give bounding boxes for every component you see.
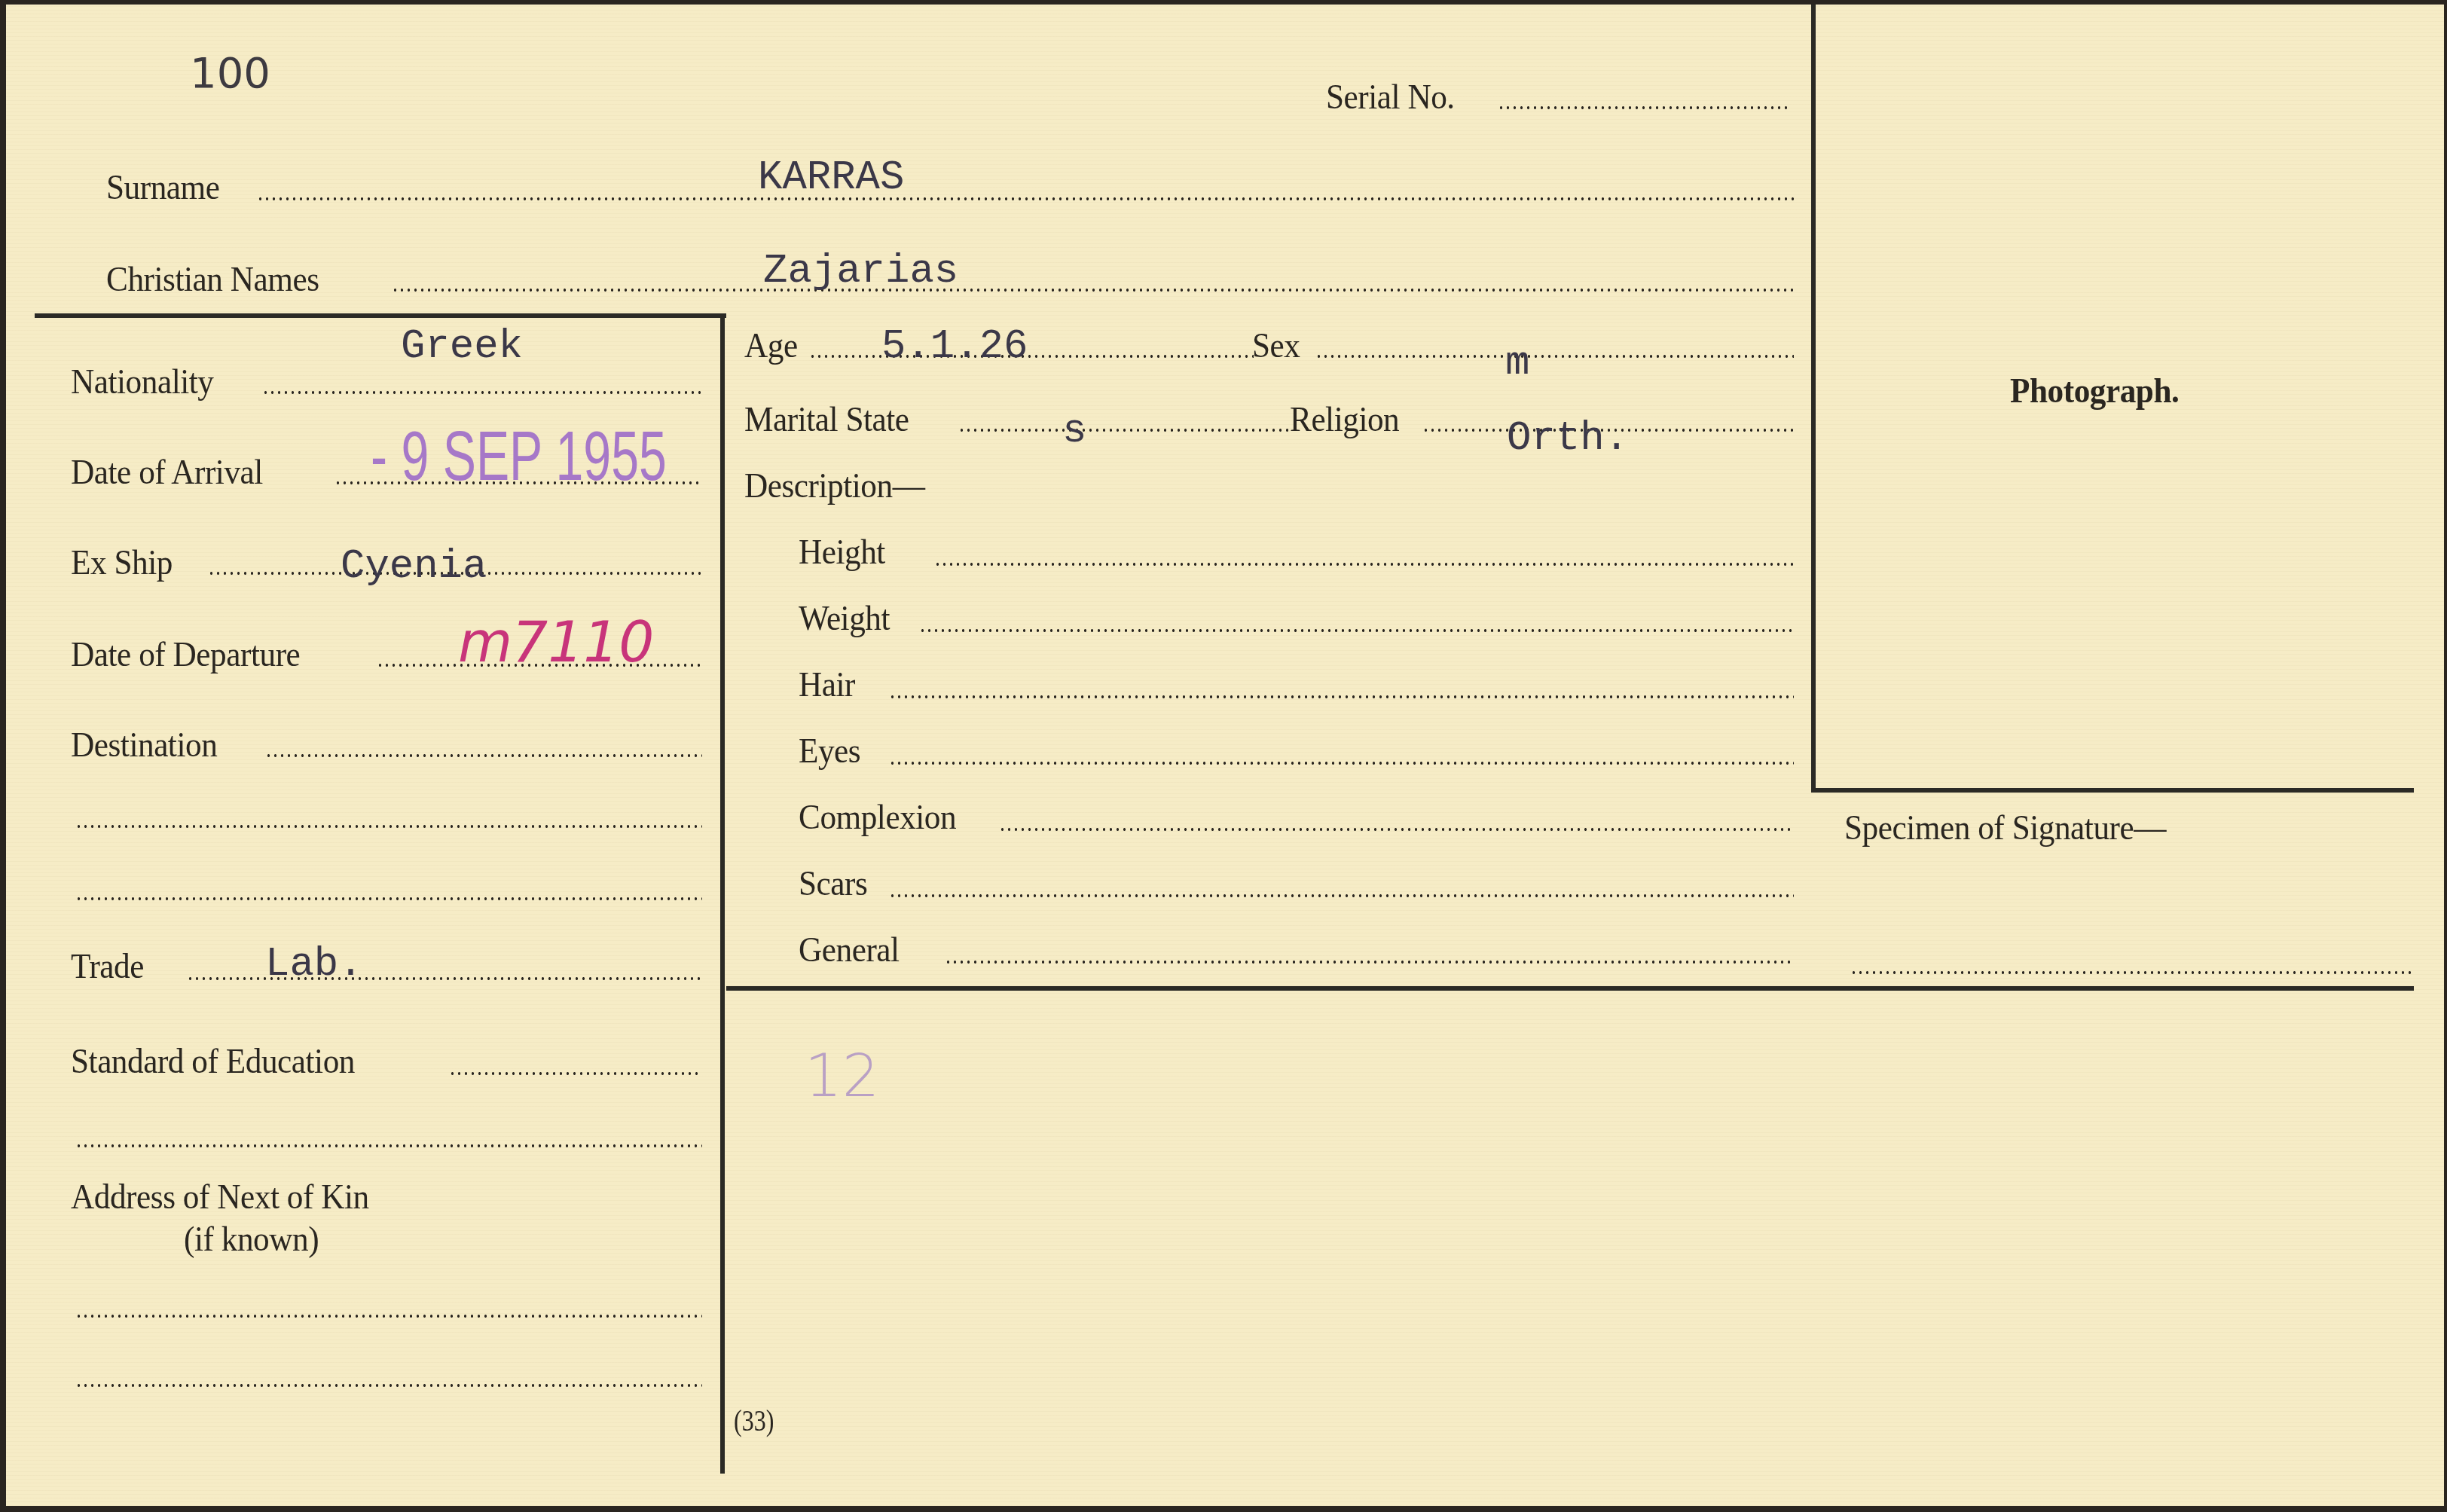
kin-sublabel: (if known) xyxy=(184,1222,319,1257)
christian-names-field[interactable] xyxy=(392,288,1794,292)
destination-field-line-3[interactable] xyxy=(75,897,702,901)
departure-label: Date of Departure xyxy=(71,637,300,673)
hair-field[interactable] xyxy=(889,695,1794,699)
signature-label: Specimen of Signature— xyxy=(1844,811,2166,846)
surname-field[interactable] xyxy=(257,197,1794,201)
age-value: 5.1.26 xyxy=(881,327,1028,368)
destination-field-line-2[interactable] xyxy=(75,824,702,829)
age-label: Age xyxy=(744,328,798,364)
vertical-divider xyxy=(720,313,725,1474)
photo-box-bottom-rule xyxy=(1811,788,2414,793)
arrival-stamp: - 9 SEP 1955 xyxy=(371,422,667,491)
nationality-label: Nationality xyxy=(71,365,213,400)
surname-label: Surname xyxy=(106,170,219,206)
eyes-label: Eyes xyxy=(799,734,860,769)
kin-field-line-1[interactable] xyxy=(75,1314,702,1318)
complexion-label: Complexion xyxy=(799,800,956,835)
nationality-field[interactable] xyxy=(262,390,702,395)
photo-box-left-rule xyxy=(1811,5,1816,791)
hair-label: Hair xyxy=(799,667,855,703)
general-field[interactable] xyxy=(945,960,1794,964)
form-number: (33) xyxy=(734,1403,774,1438)
weight-label: Weight xyxy=(799,601,890,637)
ship-label: Ex Ship xyxy=(71,545,173,581)
weight-field[interactable] xyxy=(919,628,1794,633)
christian-names-label: Christian Names xyxy=(106,262,319,298)
general-label: General xyxy=(799,933,900,968)
description-label: Description— xyxy=(744,469,924,504)
corner-number: 100 xyxy=(190,53,270,95)
registration-card: 100 Serial No. Surname KARRAS Christian … xyxy=(6,5,2444,1506)
christian-names-value: Zajarias xyxy=(763,252,958,292)
sex-value: m xyxy=(1505,344,1529,384)
trade-field[interactable] xyxy=(187,976,702,981)
signature-field[interactable] xyxy=(1850,970,2414,975)
photo-placeholder xyxy=(1829,12,2409,780)
marital-label: Marital State xyxy=(744,402,909,438)
ship-value: Cyenia xyxy=(341,547,487,588)
arrival-label: Date of Arrival xyxy=(71,455,263,490)
eyes-field[interactable] xyxy=(889,761,1794,765)
surname-value: KARRAS xyxy=(758,158,904,199)
left-box-top-rule xyxy=(35,313,726,318)
departure-handwriting: m7110 xyxy=(458,615,654,670)
education-field-line-2[interactable] xyxy=(75,1144,702,1148)
religion-value: Orth. xyxy=(1507,419,1629,460)
kin-label: Address of Next of Kin xyxy=(71,1180,369,1215)
education-label: Standard of Education xyxy=(71,1044,355,1080)
trade-value: Lab. xyxy=(265,945,363,985)
sex-label: Sex xyxy=(1252,328,1300,364)
serial-field[interactable] xyxy=(1498,105,1792,110)
height-field[interactable] xyxy=(934,562,1794,567)
education-field[interactable] xyxy=(449,1071,698,1076)
middle-horizontal-rule xyxy=(726,986,2414,991)
serial-label: Serial No. xyxy=(1326,80,1455,115)
complexion-field[interactable] xyxy=(999,827,1794,832)
nationality-value: Greek xyxy=(401,327,523,368)
marital-field[interactable] xyxy=(958,428,1290,432)
age-field[interactable] xyxy=(809,354,1254,359)
scars-field[interactable] xyxy=(889,893,1794,898)
destination-label: Destination xyxy=(71,728,217,763)
sex-field[interactable] xyxy=(1315,354,1794,359)
religion-label: Religion xyxy=(1290,402,1399,438)
pencil-mark: 12 xyxy=(805,1047,879,1106)
trade-label: Trade xyxy=(71,949,144,985)
marital-value: s xyxy=(1062,411,1086,452)
kin-field-line-2[interactable] xyxy=(75,1383,702,1388)
height-label: Height xyxy=(799,535,885,570)
destination-field[interactable] xyxy=(265,753,702,758)
scars-label: Scars xyxy=(799,866,867,902)
